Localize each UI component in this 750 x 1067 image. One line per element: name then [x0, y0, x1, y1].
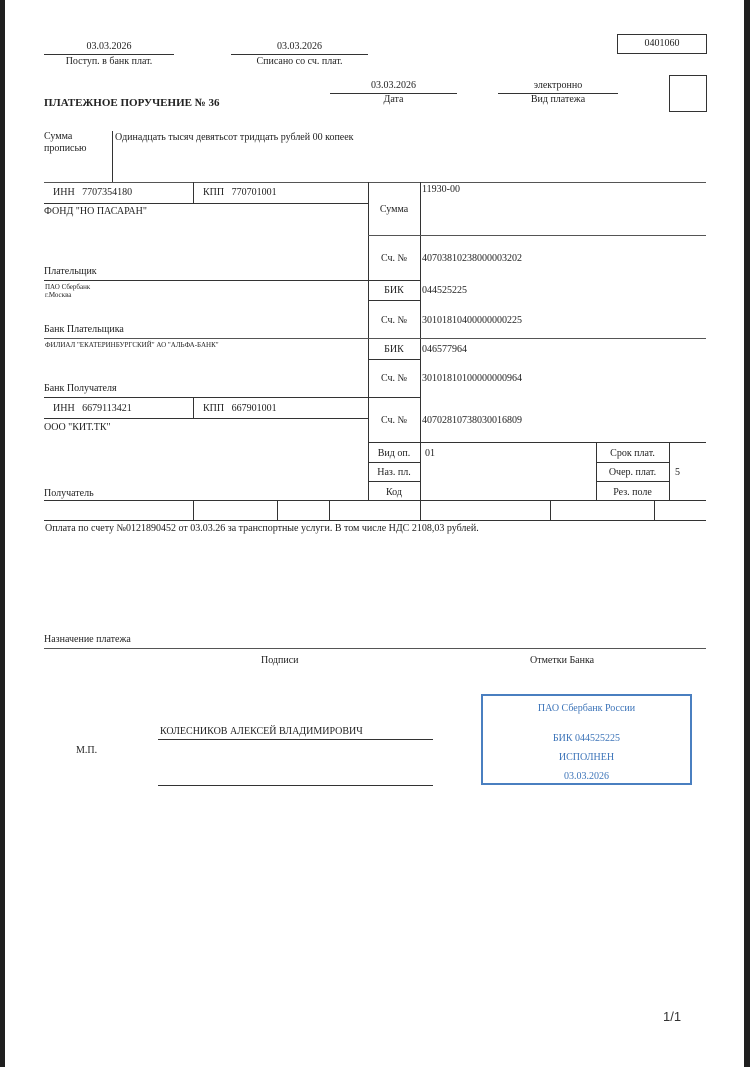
divider — [368, 300, 420, 301]
amount-words-value: Одинадцать тысяч девятьсот тридцать рубл… — [115, 132, 354, 143]
due-label: Срок плат. — [596, 448, 669, 459]
divider — [550, 500, 551, 520]
payer-bank-bik-label: БИК — [368, 285, 420, 296]
stamp-bik: БИК 044525225 — [483, 733, 690, 744]
stamp-bank: ПАО Сбербанк России — [483, 703, 690, 714]
stamp-place: М.П. — [76, 745, 97, 756]
divider — [44, 648, 706, 649]
signature-line-1 — [158, 739, 433, 740]
page-number: 1/1 — [663, 1009, 681, 1024]
payee-kpp: КПП 667901001 — [203, 403, 277, 414]
op-type: 01 — [425, 448, 435, 459]
payee-bank-name: ФИЛИАЛ "ЕКАТЕРИНБУРГСКИЙ" АО "АЛЬФА-БАНК… — [45, 341, 219, 349]
signer-name: КОЛЕСНИКОВ АЛЕКСЕЙ ВЛАДИМИРОВИЧ — [160, 726, 363, 737]
payment-type: электронно — [498, 80, 618, 91]
document-date: 03.03.2026 — [330, 80, 457, 91]
divider — [669, 442, 670, 500]
divider — [44, 500, 706, 501]
payer-bank-bik: 044525225 — [422, 285, 467, 296]
status-box — [669, 75, 707, 112]
received-label: Поступ. в банк плат. — [44, 56, 174, 67]
payment-type-label: Вид платежа — [498, 94, 618, 105]
divider — [112, 131, 113, 182]
payee-account: 40702810738030016809 — [422, 415, 522, 426]
payer-account: 40703810238000003202 — [422, 253, 522, 264]
priority-label: Очер. плат. — [596, 467, 669, 478]
date-label: Дата — [330, 94, 457, 105]
payer-account-label: Сч. № — [368, 253, 420, 264]
payee-bank-label: Банк Получателя — [44, 383, 117, 394]
divider — [596, 462, 669, 463]
divider — [193, 397, 194, 418]
purpose-text: Оплата по счету №0121890452 от 03.03.26 … — [45, 523, 479, 534]
payer-bank-account: 30101810400000000225 — [422, 315, 522, 326]
amount-value: 11930-00 — [422, 184, 460, 195]
payee-bank-account: 30101810100000000964 — [422, 373, 522, 384]
debited-label: Списано со сч. плат. — [231, 56, 368, 67]
payer-name: ФОНД "НО ПАСАРАН" — [44, 206, 147, 217]
payee-inn: ИНН 6679113421 — [53, 403, 132, 414]
form-code: 0401060 — [617, 34, 707, 54]
divider — [44, 397, 420, 398]
divider — [368, 235, 706, 236]
bank-marks-label: Отметки Банка — [530, 655, 594, 666]
divider — [44, 338, 706, 339]
divider — [44, 203, 368, 204]
viewer-left-edge — [0, 0, 5, 1067]
reserve-label: Рез. поле — [596, 487, 669, 498]
payer-label: Плательщик — [44, 266, 97, 277]
stamp-status: ИСПОЛНЕН — [483, 752, 690, 763]
amount-words-label-2: прописью — [44, 143, 87, 154]
purpose-label: Назначение платежа — [44, 634, 131, 645]
payer-inn: ИНН 7707354180 — [53, 187, 132, 198]
divider — [193, 500, 194, 520]
received-date: 03.03.2026 — [44, 41, 174, 52]
divider — [44, 280, 420, 281]
divider — [44, 182, 706, 183]
document-title: ПЛАТЕЖНОЕ ПОРУЧЕНИЕ № 36 — [44, 97, 220, 109]
payer-bank-name-2: г.Москва — [45, 291, 71, 299]
op-type-label: Вид оп. — [368, 448, 420, 459]
divider — [277, 500, 278, 520]
divider — [368, 359, 420, 360]
debited-date: 03.03.2026 — [231, 41, 368, 52]
divider — [44, 520, 706, 521]
payer-bank-name-1: ПАО Сбербанк — [45, 283, 90, 291]
bank-stamp: ПАО Сбербанк России БИК 044525225 ИСПОЛН… — [481, 694, 692, 785]
divider — [329, 500, 330, 520]
payer-bank-label: Банк Плательщика — [44, 324, 124, 335]
payee-name: ООО "КИТ.ТК" — [44, 422, 111, 433]
stamp-date: 03.03.2026 — [483, 771, 690, 782]
divider — [44, 54, 174, 55]
divider — [596, 481, 669, 482]
code-label: Код — [368, 487, 420, 498]
payee-bank-bik-label: БИК — [368, 344, 420, 355]
divider — [44, 418, 368, 419]
payee-account-label: Сч. № — [368, 415, 420, 426]
payer-kpp: КПП 770701001 — [203, 187, 277, 198]
viewer-right-edge — [744, 0, 750, 1067]
divider — [654, 500, 655, 520]
payee-label: Получатель — [44, 488, 94, 499]
divider — [420, 182, 421, 520]
payee-bank-bik: 046577964 — [422, 344, 467, 355]
payer-bank-account-label: Сч. № — [368, 315, 420, 326]
divider — [231, 54, 368, 55]
divider — [193, 182, 194, 203]
signatures-label: Подписи — [261, 655, 299, 666]
priority-value: 5 — [675, 467, 680, 478]
divider — [368, 462, 420, 463]
divider — [368, 442, 706, 443]
purpose-code-label: Наз. пл. — [368, 467, 420, 478]
payee-bank-account-label: Сч. № — [368, 373, 420, 384]
amount-label: Сумма — [368, 204, 420, 215]
signature-line-2 — [158, 785, 433, 786]
divider — [368, 481, 420, 482]
amount-words-label-1: Сумма — [44, 131, 72, 142]
